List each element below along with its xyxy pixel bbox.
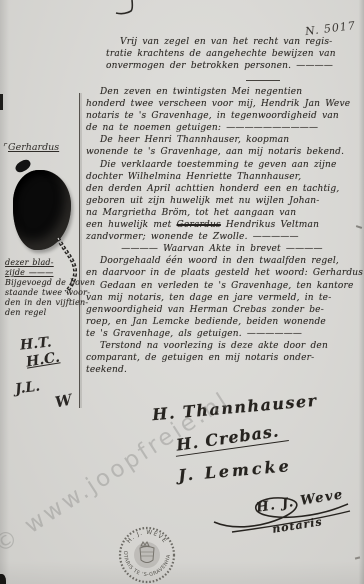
margin-initial-lemcke: J.L. xyxy=(14,379,41,398)
text-line: Die verklaarde toestemming te geven aan … xyxy=(86,159,358,171)
text-line: comparant, de getuigen en mij notaris on… xyxy=(86,352,358,364)
document-page: N. 5017 Vrij van zegel en van het recht … xyxy=(0,0,364,584)
text-line: Bijgevoegd de boven xyxy=(5,278,79,288)
text-line: een huwelijk met Gerardus Hendrikus Velt… xyxy=(86,219,358,231)
notary-stamp: H. J. WEVE NOTARIS TE 'S-GRAVENHAGE xyxy=(110,526,184,584)
text-line: wonende te 's Gravenhage, aan mij notari… xyxy=(86,146,358,158)
text-line: teekend. xyxy=(86,364,358,376)
text-line: zijde ——— xyxy=(5,268,79,278)
scan-corner-spot xyxy=(0,574,6,584)
deed-text: Den zeven en twintigsten Mei negentienho… xyxy=(86,86,358,376)
text-line: Vrij van zegel en van het recht van regi… xyxy=(106,36,358,48)
ink-hook-mark xyxy=(112,0,142,20)
text-line: den regel xyxy=(5,308,79,318)
text-line: roep, en Jan Lemcke bediende, beiden won… xyxy=(86,316,358,328)
text-line: Doorgehaald één woord in den twaalfden r… xyxy=(86,255,358,267)
text-line: dezer blad- xyxy=(5,258,79,268)
text-line: geboren uit zijn huwelijk met nu wijlen … xyxy=(86,195,358,207)
text-line: tratie krachtens de aangehechte bewijzen… xyxy=(106,48,358,60)
margin-tick-mark: ⌜ xyxy=(2,143,6,153)
text-line: na Margrietha Bröm, tot het aangaan van xyxy=(86,207,358,219)
text-line: de na te noemen getuigen: —————————— xyxy=(86,122,358,134)
margin-note-gerhardus: Gerhardus xyxy=(8,142,80,153)
margin-initial-weve: W xyxy=(53,391,73,412)
text-line: genwoordigheid van Herman Crebas zonder … xyxy=(86,304,358,316)
text-line: Gedaan en verleden te 's Gravenhage, ten… xyxy=(86,280,358,292)
text-line: te 's Gravenhage, als getuigen. —————— xyxy=(86,328,358,340)
text-line: De heer Henri Thannhauser, koopman xyxy=(86,134,358,146)
text-line: Den zeven en twintigsten Mei negentien xyxy=(86,86,358,98)
text-line: den derden April achttien honderd een en… xyxy=(86,183,358,195)
text-line: den in den vijftien- xyxy=(5,298,79,308)
text-line: staande twee woor- xyxy=(5,288,79,298)
separator-rule xyxy=(246,80,280,81)
text-line: van mij notaris, ten dage en jare vermel… xyxy=(86,292,358,304)
text-line: onvermogen der betrokken personen. ———— xyxy=(106,60,358,72)
text-line: ———— Waarvan Akte in brevet ———— xyxy=(86,243,358,255)
text-line: zandvormer; wonende te Zwolle. ————— xyxy=(86,231,358,243)
text-line: dochter Wilhelmina Henriette Thannhauser… xyxy=(86,171,358,183)
text-line: notaris te 's Gravenhage, in tegenwoordi… xyxy=(86,110,358,122)
text-line: Terstond na voorlezing is deze akte door… xyxy=(86,340,358,352)
margin-note-addition: dezer blad-zijde ———Bijgevoegd de bovens… xyxy=(5,258,79,318)
scan-right-mark-2 xyxy=(355,556,360,559)
signature-lemcke: J. Lemcke xyxy=(177,456,292,485)
text-line: en daarvoor in de plaats gesteld het woo… xyxy=(86,267,358,279)
text-line: honderd twee verscheen voor mij, Hendrik… xyxy=(86,98,358,110)
exemption-note: Vrij van zegel en van het recht van regi… xyxy=(106,36,358,72)
scan-edge-mark xyxy=(0,94,3,110)
